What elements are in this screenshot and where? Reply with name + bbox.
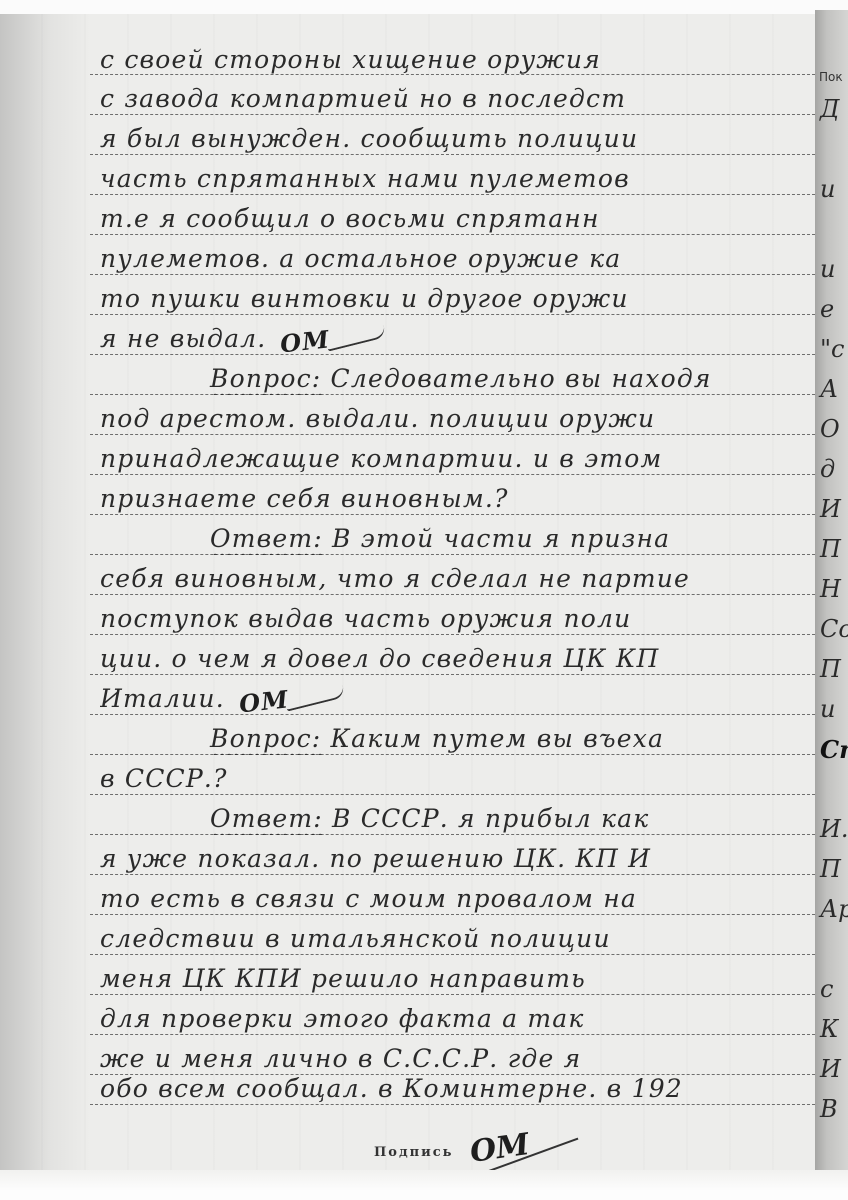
line-text: В СССР. я прибыл как — [323, 804, 650, 833]
text-line-25: для проверки этого факта а так — [100, 1003, 812, 1035]
text-line-23: следствии в итальянской полиции — [100, 923, 812, 955]
line-text: в СССР.? — [100, 764, 228, 793]
line-text: для проверки этого факта а так — [100, 1004, 585, 1033]
line-text: признаете себя виновным.? — [100, 484, 509, 513]
text-line-14: себя виновным, что я сделал не партие — [100, 563, 812, 595]
line-text: же и меня лично в С.С.С.Р. где я — [100, 1044, 581, 1073]
line-text: поступок выдав часть оружия поли — [100, 604, 631, 633]
page-bottom-edge — [0, 1170, 848, 1200]
adjacent-page-strip: Пок Диие"сАОдИПНСоПиСпИ.ПАрсКИВ — [815, 10, 848, 1170]
text-line-8: я не выдал.ОМ — [100, 323, 812, 355]
adjacent-page-fragment: Сп — [820, 735, 848, 764]
adjacent-page-fragment: О — [820, 415, 840, 443]
text-line-12: признаете себя виновным.? — [100, 483, 812, 515]
line-text: обо всем сообщал. в Коминтерне. в 192 — [100, 1074, 683, 1103]
adjacent-page-fragment: Д — [820, 95, 840, 123]
text-line-21: я уже показал. по решению ЦК. КП И — [100, 843, 812, 875]
signature-label: Подпись — [374, 1145, 454, 1160]
adjacent-page-fragment: е — [820, 295, 834, 323]
line-text: часть спрятанных нами пулеметов — [100, 164, 630, 193]
adjacent-page-fragment: и — [820, 695, 835, 723]
adjacent-page-fragment: Ар — [820, 895, 848, 923]
line-text: В этой части я призна — [323, 524, 670, 553]
text-line-3: я был вынужден. сообщить полиции — [100, 123, 812, 155]
question-label: Вопрос: — [210, 364, 321, 393]
adjacent-page-fragment: А — [820, 375, 838, 403]
adjacent-page-fragment: В — [820, 1095, 838, 1123]
line-text: пулеметов. а остальное оружие ка — [100, 244, 621, 273]
text-line-16: ции. о чем я довел до сведения ЦК КП — [100, 643, 812, 675]
document-page: с своей стороны хищение оружия с завода … — [0, 0, 848, 1200]
signature-mark: ОМ — [467, 1127, 531, 1170]
text-line-17: Италии.ОМ — [100, 683, 812, 715]
text-line-27: обо всем сообщал. в Коминтерне. в 192 — [100, 1073, 812, 1105]
line-text: я уже показал. по решению ЦК. КП И — [100, 844, 651, 873]
line-text: т.е я сообщил о восьми спрятанн — [100, 204, 600, 233]
text-line-5: т.е я сообщил о восьми спрятанн — [100, 203, 812, 235]
adjacent-page-fragment: Н — [820, 575, 841, 603]
text-line-20: Ответ: В СССР. я прибыл как — [100, 803, 848, 835]
line-text: с своей стороны хищение оружия — [100, 45, 601, 74]
text-line-10: под арестом. выдали. полиции оружи — [100, 403, 812, 435]
question-label: Вопрос: — [210, 724, 321, 753]
adjacent-page-fragment: П — [820, 655, 841, 683]
text-line-7: то пушки винтовки и другое оружи — [100, 283, 812, 315]
adjacent-page-fragment: И — [820, 495, 841, 523]
signature-block: Подпись ОМ — [374, 1135, 529, 1170]
text-line-15: поступок выдав часть оружия поли — [100, 603, 812, 635]
line-text: Каким путем вы въеха — [321, 724, 664, 753]
line-text: ции. о чем я довел до сведения ЦК КП — [100, 644, 660, 673]
text-line-13: Ответ: В этой части я призна — [100, 523, 848, 555]
initials-mark: ОМ — [279, 323, 388, 355]
adjacent-page-fragment: И — [820, 1055, 841, 1083]
text-line-24: меня ЦК КПИ решило направить — [100, 963, 812, 995]
text-line-9: Вопрос: Следовательно вы находя — [100, 363, 848, 395]
adjacent-page-fragment: П — [820, 535, 841, 563]
line-text: себя виновным, что я сделал не партие — [100, 564, 690, 593]
adjacent-page-fragment: Со — [820, 615, 848, 643]
adjacent-page-fragment: К — [820, 1015, 839, 1043]
line-text: принадлежащие компартии. и в этом — [100, 444, 662, 473]
adjacent-page-fragment: И. — [820, 815, 848, 843]
adjacent-page-fragment: и — [820, 175, 835, 203]
line-text: я не выдал. — [100, 324, 266, 353]
answer-label: Ответ: — [210, 804, 323, 833]
line-text: меня ЦК КПИ решило направить — [100, 964, 586, 993]
adjacent-page-fragment: "с — [820, 335, 844, 363]
text-line-22: то есть в связи с моим провалом на — [100, 883, 812, 915]
text-line-26: же и меня лично в С.С.С.Р. где я — [100, 1043, 812, 1075]
text-line-2: с завода компартией но в последст — [100, 83, 812, 115]
adjacent-page-fragment: и — [820, 255, 835, 283]
text-line-18: Вопрос: Каким путем вы въеха — [100, 723, 848, 755]
text-line-4: часть спрятанных нами пулеметов — [100, 163, 812, 195]
line-text: Следовательно вы находя — [321, 364, 711, 393]
text-line-6: пулеметов. а остальное оружие ка — [100, 243, 812, 275]
adjacent-page-fragment: с — [820, 975, 833, 1003]
page-top-edge — [0, 0, 848, 14]
adjacent-page-header: Пок — [819, 70, 843, 84]
text-line-11: принадлежащие компартии. и в этом — [100, 443, 812, 475]
line-text: под арестом. выдали. полиции оружи — [100, 404, 655, 433]
line-text: то пушки винтовки и другое оружи — [100, 284, 629, 313]
initials-mark: ОМ — [238, 683, 347, 715]
adjacent-page-fragment: П — [820, 855, 841, 883]
text-line-19: в СССР.? — [100, 763, 812, 795]
line-text: с завода компартией но в последст — [100, 84, 626, 113]
line-text: то есть в связи с моим провалом на — [100, 884, 637, 913]
line-text: я был вынужден. сообщить полиции — [100, 124, 638, 153]
line-text: следствии в итальянской полиции — [100, 924, 611, 953]
adjacent-page-fragment: д — [820, 455, 835, 483]
text-line-1: с своей стороны хищение оружия — [100, 44, 812, 76]
answer-label: Ответ: — [210, 524, 323, 553]
line-text: Италии. — [100, 684, 225, 713]
